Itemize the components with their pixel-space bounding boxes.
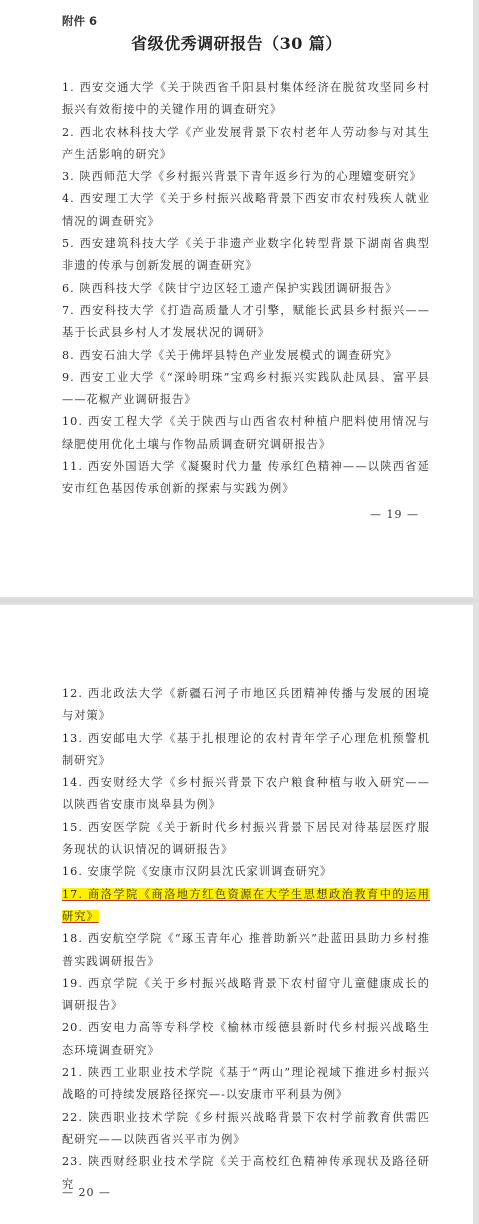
viewer-scrollbar-track[interactable] (473, 0, 479, 1224)
highlighted-text: 17. 商洛学院《商洛地方红色资源在大学生思想政治教育中的运用研究》 (62, 888, 430, 923)
report-entry-7: 7. 西安科技大学《打造高质量人才引擎，赋能长武县乡村振兴——基于长武县乡村人才… (62, 300, 430, 345)
report-entry-22: 22. 陕西职业技术学院《乡村振兴战略背景下农村学前教育供需匹配研究——以陕西省… (62, 1107, 430, 1152)
page-separator (0, 597, 479, 605)
page-number: — 19 — (370, 508, 419, 521)
report-entry-21: 21. 陕西工业职业技术学院《基于“两山”理论视域下推进乡村振兴战略的可持续发展… (62, 1062, 430, 1107)
report-entry-8: 8. 西安石油大学《关于佛坪县特色产业发展模式的调查研究》 (62, 345, 430, 367)
report-entry-17-highlighted: 17. 商洛学院《商洛地方红色资源在大学生思想政治教育中的运用研究》 (62, 884, 430, 929)
report-entry-4: 4. 西安理工大学《关于乡村振兴战略背景下西安市农村残疾人就业情况的调查研究》 (62, 188, 430, 233)
report-entry-11: 11. 西安外国语大学《凝聚时代力量 传承红色精神——以陕西省延安市红色基因传承… (62, 456, 430, 501)
report-entry-12: 12. 西北政法大学《新疆石河子市地区兵团精神传播与发展的困境与对策》 (62, 683, 430, 728)
report-entry-14: 14. 西安财经大学《乡村振兴背景下农户粮食种植与收入研究——以陕西省安康市岚皋… (62, 772, 430, 817)
report-entry-18: 18. 西安航空学院《“琢玉青年心 推普助新兴”赴蓝田县助力乡村推普实践调研报告… (62, 928, 430, 973)
report-entry-1: 1. 西安交通大学《关于陕西省千阳县村集体经济在脱贫攻坚同乡村振兴有效衔接中的关… (62, 77, 430, 122)
report-list-page-19: 1. 西安交通大学《关于陕西省千阳县村集体经济在脱贫攻坚同乡村振兴有效衔接中的关… (62, 77, 430, 501)
report-entry-5: 5. 西安建筑科技大学《关于非遗产业数字化转型背景下湖南省典型非遗的传承与创新发… (62, 233, 430, 278)
report-entry-10: 10. 西安工程大学《关于陕西与山西省农村种植户肥料使用情况与绿肥使用优化土壤与… (62, 411, 430, 456)
report-entry-23: 23. 陕西财经职业技术学院《关于高校红色精神传承现状及路径研究 (62, 1151, 430, 1196)
report-entry-19: 19. 西京学院《关于乡村振兴战略背景下农村留守儿童健康成长的调研报告》 (62, 973, 430, 1018)
document-page-19: 附件 6 省级优秀调研报告（30 篇） 1. 西安交通大学《关于陕西省千阳县村集… (0, 0, 473, 597)
report-entry-9: 9. 西安工业大学《“深岭明珠”宝鸡乡村振兴实践队赴凤县、富平县——花椒产业调研… (62, 367, 430, 412)
report-entry-2: 2. 西北农林科技大学《产业发展背景下农村老年人劳动参与对其生产生活影响的研究》 (62, 122, 430, 167)
report-entry-6: 6. 陕西科技大学《陕甘宁边区轻工遗产保护实践团调研报告》 (62, 278, 430, 300)
report-entry-13: 13. 西安邮电大学《基于扎根理论的农村青年学子心理危机预警机制研究》 (62, 728, 430, 773)
document-title: 省级优秀调研报告（30 篇） (0, 31, 473, 54)
report-entry-16: 16. 安康学院《安康市汉阴县沈氏家训调查研究》 (62, 861, 430, 883)
report-entry-3: 3. 陕西师范大学《乡村振兴背景下青年返乡行为的心理嬗变研究》 (62, 166, 430, 188)
report-entry-15: 15. 西安医学院《关于新时代乡村振兴背景下居民对待基层医疗服务现状的认识情况的… (62, 817, 430, 862)
report-entry-20: 20. 西安电力高等专科学校《榆林市绥德县新时代乡村振兴战略生态环境调查研究》 (62, 1017, 430, 1062)
report-list-page-20: 12. 西北政法大学《新疆石河子市地区兵团精神传播与发展的困境与对策》 13. … (62, 683, 430, 1196)
document-page-20: 12. 西北政法大学《新疆石河子市地区兵团精神传播与发展的困境与对策》 13. … (0, 605, 473, 1224)
attachment-label: 附件 6 (62, 13, 97, 29)
page-number: — 20 — (62, 1186, 111, 1199)
